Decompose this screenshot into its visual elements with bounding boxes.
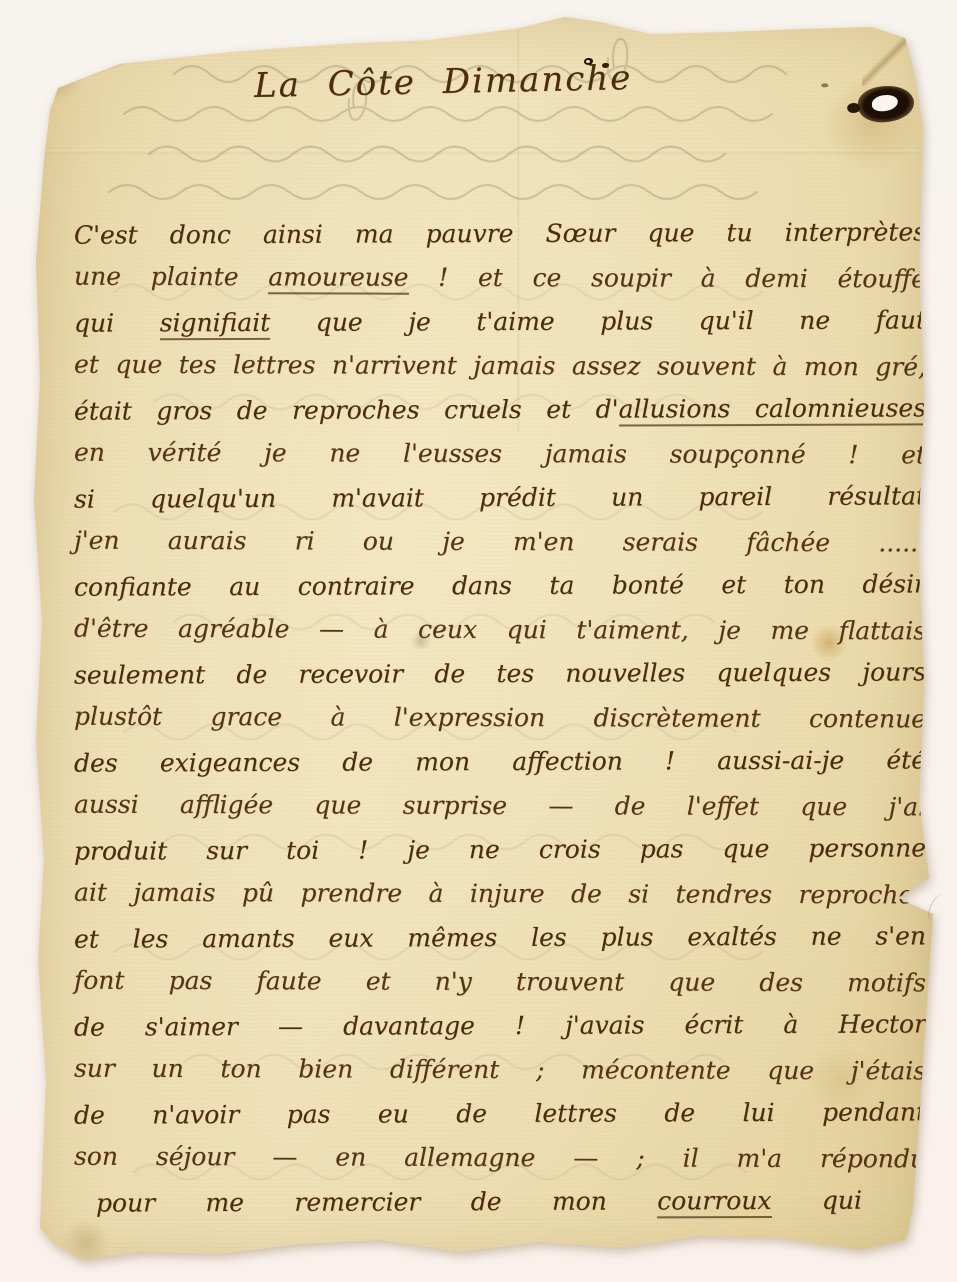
letter-line: de s'aimer — davantage ! j'avais écrit à… xyxy=(74,1002,926,1049)
letter-line: qui signifiait que je t'aime plus qu'il … xyxy=(74,298,926,345)
letter-line: aussi affligée que surprise — de l'effet… xyxy=(74,783,926,830)
letter-line: une plainte amoureuse ! et ce soupir à d… xyxy=(74,255,926,302)
letter-line: si quelqu'un m'avait prédit un pareil ré… xyxy=(74,474,926,521)
letter-line: en vérité je ne l'eusses jamais soupçonn… xyxy=(74,431,926,478)
letter-line: confiante au contraire dans ta bonté et … xyxy=(74,562,926,609)
letter-line: font pas faute et n'y trouvent que des m… xyxy=(74,959,926,1006)
letter-line: pour me remercier de mon courroux qui xyxy=(74,1178,926,1225)
letter-line: des exigeances de mon affection ! aussi-… xyxy=(74,738,926,785)
letter-sheet-wrap: La Côte Dimanche C'est donc ainsi ma pau… xyxy=(26,12,936,1268)
horizontal-fold-crease xyxy=(26,150,936,154)
letter-heading: La Côte Dimanche xyxy=(254,58,635,106)
letter-line: j'en aurais ri ou je m'en serais fâchée … xyxy=(74,519,926,566)
ink-burn-hole xyxy=(856,83,916,126)
letter-line: produit sur toi ! je ne crois pas que pe… xyxy=(74,826,926,873)
letter-line: sur un ton bien différent ; mécontente q… xyxy=(74,1047,926,1094)
letter-sheet: La Côte Dimanche C'est donc ainsi ma pau… xyxy=(26,12,936,1268)
letter-body: C'est donc ainsi ma pauvre Sœur que tu i… xyxy=(74,212,926,1224)
letter-line: était gros de reproches cruels et d'allu… xyxy=(74,386,926,433)
letter-line: et que tes lettres n'arrivent jamais ass… xyxy=(74,343,926,390)
letter-line: ait jamais pû prendre à injure de si ten… xyxy=(74,871,926,918)
letter-line: seulement de recevoir de tes nouvelles q… xyxy=(74,650,926,697)
letter-line: de n'avoir pas eu de lettres de lui pend… xyxy=(74,1090,926,1137)
bleedthrough-ghost-writing xyxy=(54,28,904,218)
letter-line: plustôt grace à l'expression discrètemen… xyxy=(74,695,926,742)
top-left-corner-fold xyxy=(52,56,148,104)
photograph-background: La Côte Dimanche C'est donc ainsi ma pau… xyxy=(0,0,957,1282)
letter-line: C'est donc ainsi ma pauvre Sœur que tu i… xyxy=(74,210,926,257)
letter-line: et les amants eux mêmes les plus exaltés… xyxy=(74,914,926,961)
letter-line: d'être agréable — à ceux qui t'aiment, j… xyxy=(74,607,926,654)
top-right-corner-fold xyxy=(862,20,924,86)
letter-line: son séjour — en allemagne — ; il m'a rép… xyxy=(74,1135,926,1182)
